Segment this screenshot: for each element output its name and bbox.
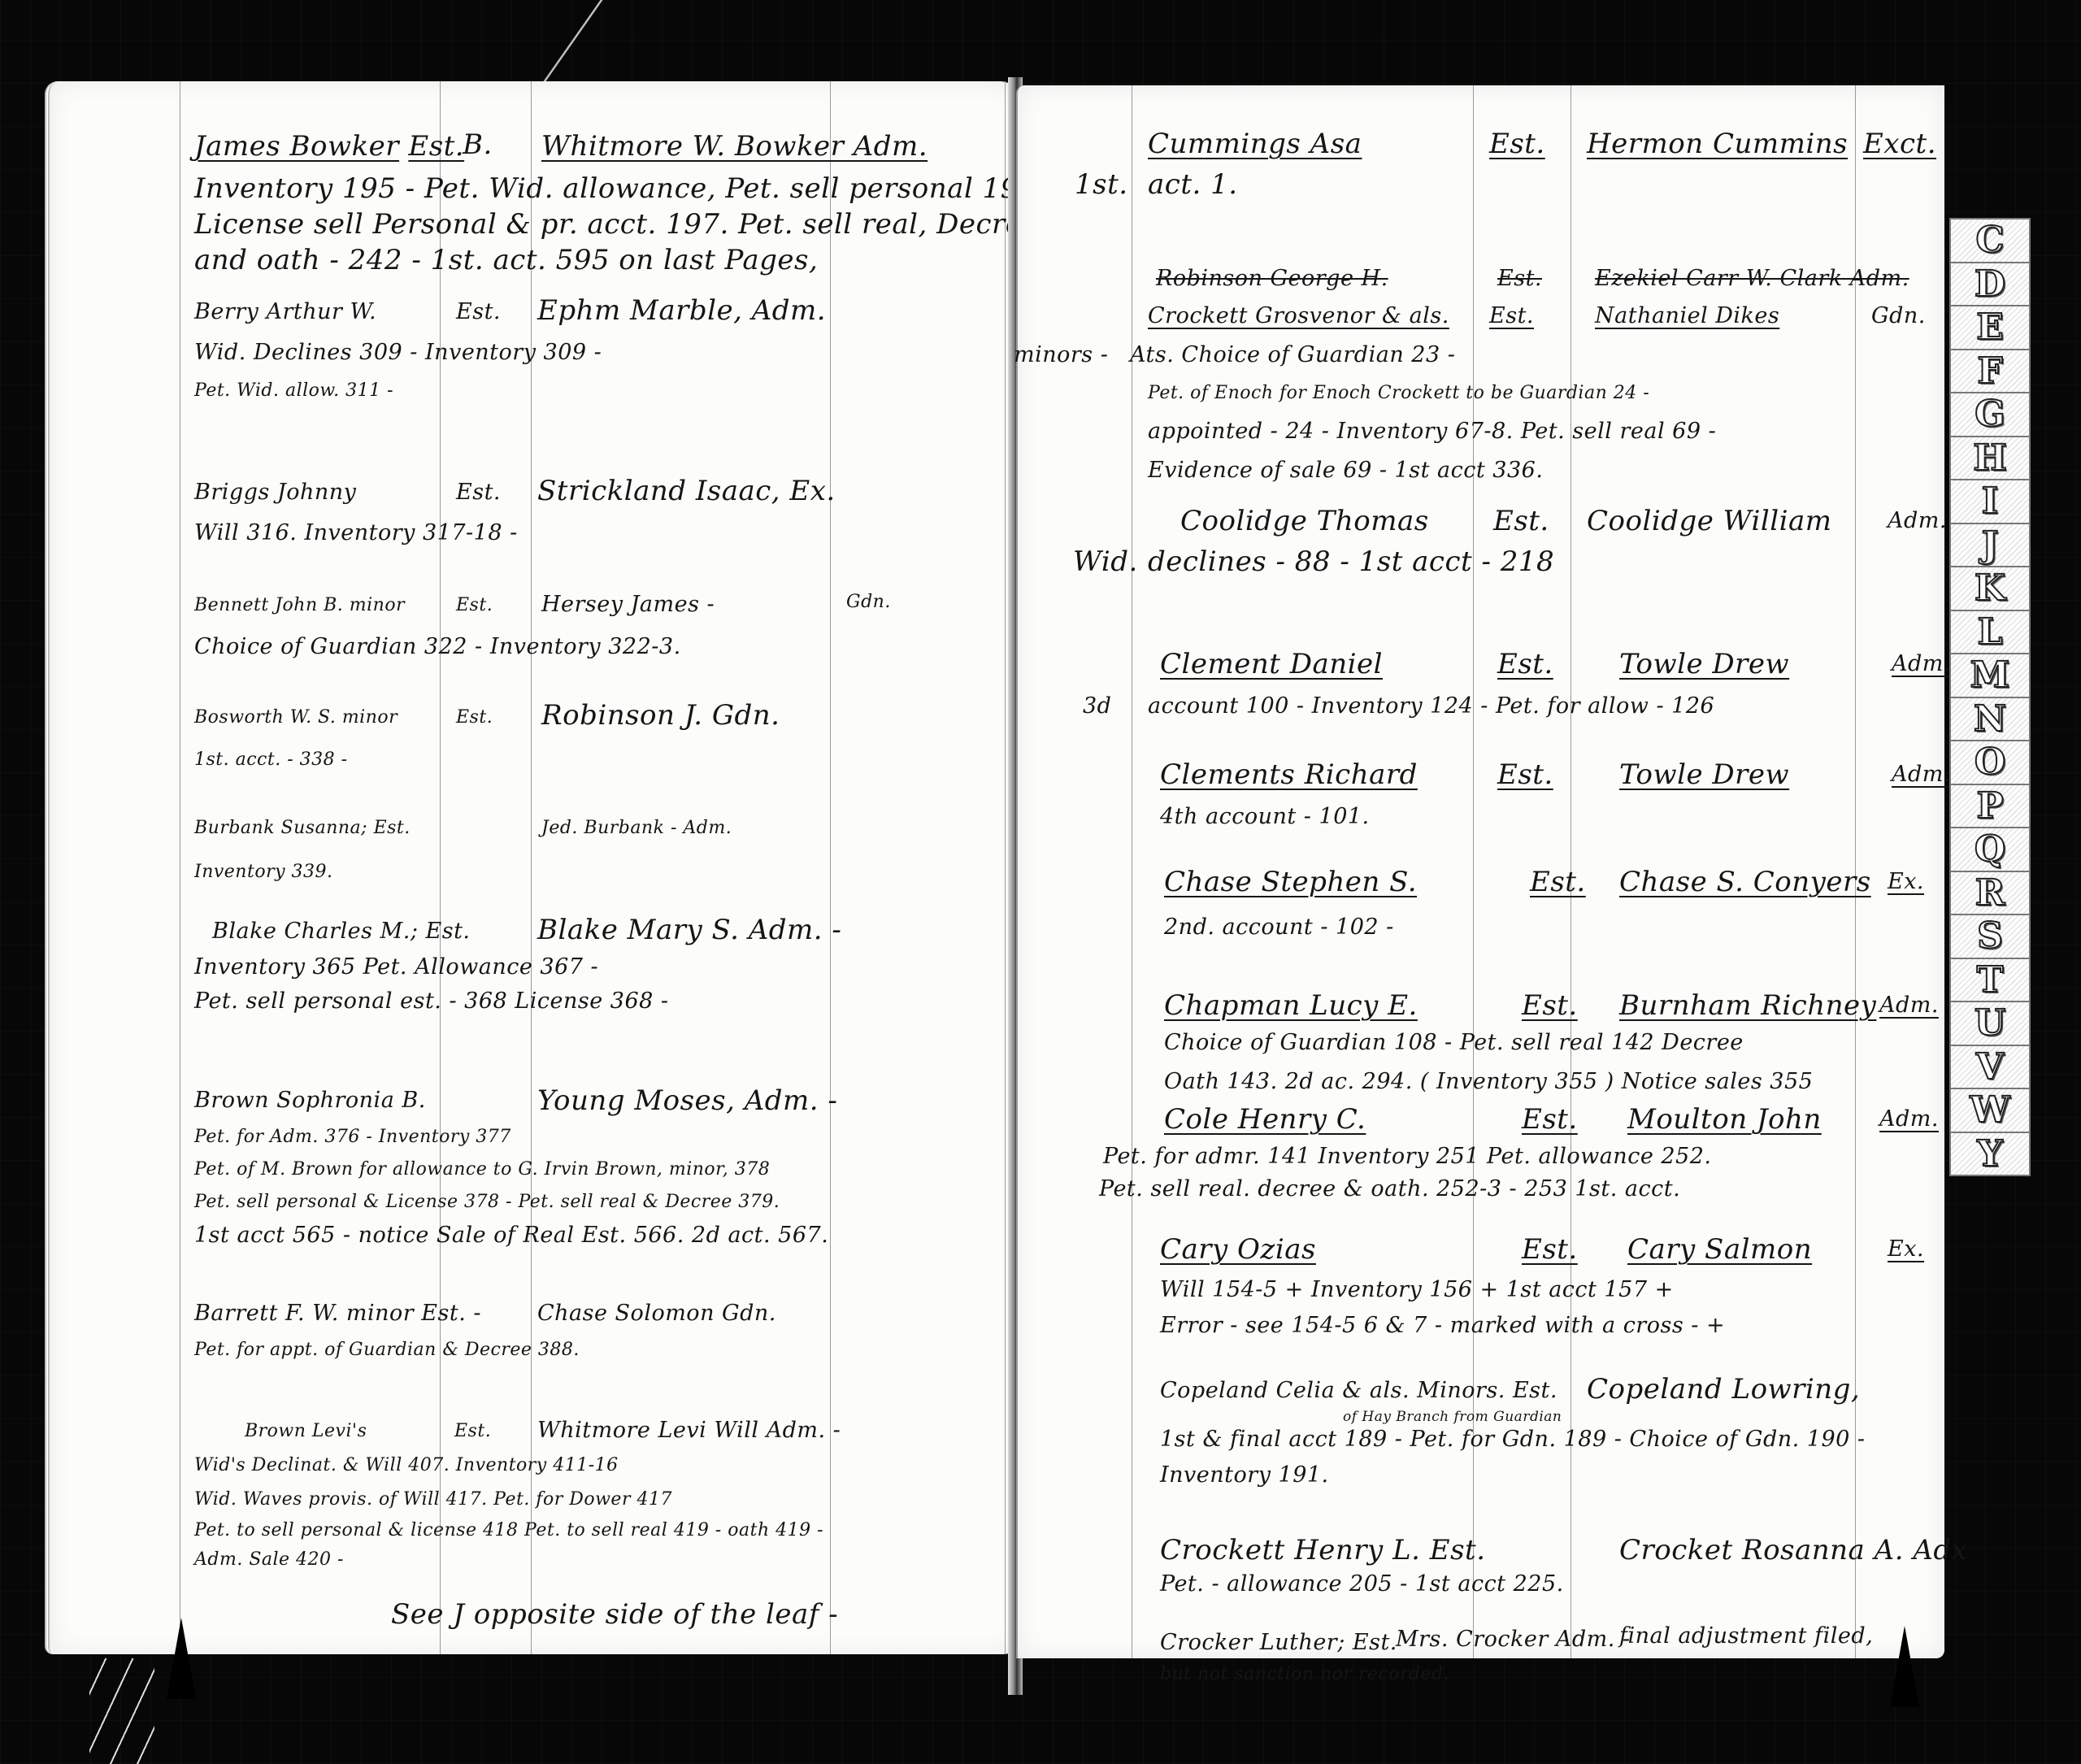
interlinear-note: of Hay Branch from Guardian	[1343, 1409, 1562, 1425]
entry-fiduciary: Jed. Burbank - Adm.	[541, 818, 732, 838]
column-rule	[531, 81, 532, 1654]
entry-line: Pet. sell personal & License 378 - Pet. …	[194, 1192, 780, 1212]
entry-fiduciary: Whitmore W. Bowker Adm.	[541, 130, 928, 163]
entry-line: License sell Personal & pr. acct. 197. P…	[194, 208, 1039, 241]
entry-role: Exct.	[1863, 128, 1936, 160]
entry-line: 1st acct 565 - notice Sale of Real Est. …	[194, 1223, 828, 1248]
entry-line: Pet. Wid. allow. 311 -	[194, 380, 393, 401]
entry-kind: Est.	[456, 707, 493, 728]
index-tab-w[interactable]: W	[1949, 1088, 2031, 1132]
entry-fiduciary: Blake Mary S. Adm. -	[537, 914, 841, 946]
struck-entry-kind: Est.	[1497, 266, 1542, 291]
entry-line: Error - see 154-5 6 & 7 - marked with a …	[1160, 1313, 1725, 1338]
entry-kind: Est.	[1489, 128, 1545, 160]
entry-fiduciary: Ephm Marble, Adm.	[537, 294, 826, 327]
entry-line: act. 1.	[1148, 168, 1238, 201]
entry-line: final adjustment filed,	[1619, 1623, 1873, 1649]
index-tab-e[interactable]: E	[1949, 305, 2031, 349]
entry-fiduciary: Cary Salmon	[1627, 1233, 1812, 1266]
entry-line: Pet. of Enoch for Enoch Crockett to be G…	[1148, 383, 1649, 403]
entry-name: Crockett Grosvenor & als.	[1148, 303, 1449, 328]
entry-line: Will 154-5 + Inventory 156 + 1st acct 15…	[1160, 1277, 1674, 1302]
column-rule	[1005, 81, 1006, 1654]
entry-line: Pet. - allowance 205 - 1st acct 225.	[1160, 1571, 1564, 1597]
entry-line: Evidence of sale 69 - 1st acct 336.	[1148, 458, 1543, 483]
index-tab-d[interactable]: D	[1949, 262, 2031, 306]
margin-note: 3d	[1083, 693, 1111, 719]
index-tab-j[interactable]: J	[1949, 523, 2031, 567]
column-rule	[1132, 85, 1132, 1658]
entry-kind: Est.	[456, 595, 493, 615]
entry-role: Gdn.	[1871, 303, 1926, 328]
entry-line: Pet. for appt. of Guardian & Decree 388.	[194, 1340, 580, 1360]
entry-fiduciary: Towle Drew	[1619, 648, 1789, 680]
index-tab-g[interactable]: G	[1949, 392, 2031, 436]
entry-line: Choice of Guardian 108 - Pet. sell real …	[1164, 1030, 1744, 1055]
entry-fiduciary: Crocket Rosanna A. Adx	[1619, 1534, 1967, 1566]
entry-line: Choice of Guardian 322 - Inventory 322-3…	[194, 634, 681, 659]
entry-kind: Est.	[1522, 989, 1578, 1022]
index-tab-m[interactable]: M	[1949, 653, 2031, 697]
entry-line: account 100 - Inventory 124 - Pet. for a…	[1148, 693, 1714, 719]
entry-role: Adm.	[1892, 651, 1951, 676]
entry-line: Pet. sell real. decree & oath. 252-3 - 2…	[1099, 1176, 1680, 1201]
entry-line: appointed - 24 - Inventory 67-8. Pet. se…	[1148, 419, 1716, 444]
entry-line: Inventory 365 Pet. Allowance 367 -	[194, 954, 598, 980]
entry-kind: Est.	[454, 1421, 491, 1441]
column-rule	[440, 81, 441, 1654]
entry-kind: Est.	[456, 480, 501, 505]
entry-line: declines - 88 - 1st acct - 218	[1148, 545, 1554, 578]
index-tab-i[interactable]: I	[1949, 479, 2031, 523]
left-page: James Bowker Est. B. Whitmore W. Bowker …	[45, 81, 1021, 1654]
entry-fiduciary: Hersey James -	[541, 592, 715, 617]
column-rule	[180, 81, 180, 1654]
entry-role: Gdn.	[846, 592, 891, 612]
entry-line: Pet. to sell personal & license 418 Pet.…	[194, 1520, 823, 1540]
page-corner-shadow	[167, 1618, 196, 1699]
entry-name: Bennett John B. minor	[194, 595, 405, 615]
entry-name: Berry Arthur W.	[194, 299, 376, 324]
entry-fiduciary: Towle Drew	[1619, 758, 1789, 791]
struck-entry-fiduciary: Ezekiel Carr W. Clark Adm.	[1595, 266, 1909, 291]
margin-note: Wid.	[1073, 545, 1138, 578]
entry-line: Pet. sell personal est. - 368 License 36…	[194, 988, 669, 1014]
entry-kind: Est.	[1493, 505, 1549, 537]
entry-line: Pet. for admr. 141 Inventory 251 Pet. al…	[1103, 1144, 1712, 1169]
index-tab-t[interactable]: T	[1949, 958, 2031, 1001]
entry-name: Clement Daniel	[1160, 648, 1383, 680]
entry-kind: Est.	[1497, 648, 1553, 680]
entry-fiduciary: Robinson J. Gdn.	[541, 699, 780, 732]
entry-name: Bosworth W. S. minor	[194, 707, 398, 728]
index-tab-y[interactable]: Y	[1949, 1132, 2031, 1177]
entry-role: Ex.	[1888, 1236, 1924, 1262]
footer-note: See J opposite side of the leaf -	[391, 1598, 838, 1631]
entry-line: Adm. Sale 420 -	[194, 1549, 344, 1570]
entry-fiduciary: Mrs. Crocker Adm. -	[1396, 1627, 1631, 1652]
page-corner-shadow	[1890, 1626, 1919, 1707]
entry-line: 4th account - 101.	[1160, 804, 1370, 829]
entry-line: Ats. Choice of Guardian 23 -	[1130, 342, 1455, 367]
index-tab-c[interactable]: C	[1949, 218, 2031, 262]
entry-name: Brown Levi's	[245, 1421, 367, 1441]
entry-role: Adm.	[1892, 762, 1951, 787]
film-scratch	[89, 1658, 154, 1764]
entry-name: Clements Richard	[1160, 758, 1418, 791]
entry-line: Oath 143. 2d ac. 294. ( Inventory 355 ) …	[1164, 1069, 1813, 1094]
entry-kind: Est.	[456, 299, 501, 324]
entry-name: Crocker Luther; Est.	[1160, 1630, 1397, 1655]
entry-kind: Est.	[1522, 1233, 1578, 1266]
entry-line: 1st. acct. - 338 -	[194, 749, 348, 770]
entry-fiduciary: Moulton John	[1627, 1103, 1822, 1136]
entry-fiduciary: Copeland Lowring,	[1587, 1373, 1860, 1406]
entry-name: Chapman Lucy E.	[1164, 989, 1418, 1022]
entry-fiduciary: Chase S. Conyers	[1619, 866, 1871, 898]
entry-name: Briggs Johnny	[194, 480, 356, 505]
entry-line: Inventory 195 - Pet. Wid. allowance, Pet…	[194, 172, 1036, 205]
entry-name: Crockett Henry L. Est.	[1160, 1534, 1486, 1566]
entry-fiduciary: Chase Solomon Gdn.	[537, 1301, 776, 1326]
entry-role: Adm.	[1879, 993, 1939, 1018]
index-tab-f[interactable]: F	[1949, 349, 2031, 393]
entry-fiduciary: Whitmore Levi Will Adm. -	[537, 1418, 841, 1443]
index-tab-l[interactable]: L	[1949, 610, 2031, 654]
entry-name: Blake Charles M.; Est.	[212, 919, 471, 944]
entry-name: Cummings Asa	[1148, 128, 1362, 160]
entry-fiduciary: Young Moses, Adm. -	[537, 1084, 837, 1117]
entry-line: Pet. for Adm. 376 - Inventory 377	[194, 1127, 511, 1147]
entry-fiduciary: Nathaniel Dikes	[1595, 303, 1779, 328]
entry-name: Barrett F. W. minor Est. -	[194, 1301, 481, 1326]
margin-note: minors -	[1014, 342, 1108, 367]
entry-name: Copeland Celia & als. Minors. Est.	[1160, 1378, 1557, 1403]
entry-line: Inventory 191.	[1160, 1462, 1329, 1488]
index-tab-p[interactable]: P	[1949, 784, 2031, 828]
entry-fiduciary: Hermon Cummins	[1587, 128, 1848, 160]
alphabet-index-tabs: CDEFGHIJKLMNOPQRSTUVWY	[1949, 218, 2031, 1176]
entry-line: Wid. Declines 309 - Inventory 309 -	[194, 340, 602, 365]
right-page: Cummings Asa Est. Hermon Cummins Exct. 1…	[1016, 85, 1944, 1658]
index-tab-k[interactable]: K	[1949, 566, 2031, 610]
entry-line: but not sanction nor recorded.	[1160, 1664, 1449, 1684]
entry-role: Adm.	[1879, 1106, 1939, 1132]
entry-kind: Est.	[1497, 758, 1553, 791]
entry-name: Brown Sophronia B.	[194, 1088, 426, 1113]
index-tab-h[interactable]: H	[1949, 436, 2031, 480]
margin-note: 1st.	[1075, 168, 1128, 201]
struck-entry-name: Robinson George H.	[1156, 266, 1388, 291]
entry-line: Will 316. Inventory 317-18 -	[194, 520, 518, 545]
entry-line: 1st & final acct 189 - Pet. for Gdn. 189…	[1160, 1427, 1866, 1452]
entry-name: Burbank Susanna; Est.	[194, 818, 411, 838]
entry-kind: Est.	[1530, 866, 1586, 898]
index-tab-o[interactable]: O	[1949, 740, 2031, 784]
entry-name: Coolidge Thomas	[1180, 505, 1429, 537]
index-tab-s[interactable]: S	[1949, 914, 2031, 958]
entry-fiduciary: Burnham Richney	[1619, 989, 1876, 1022]
entry-letter: B.	[463, 128, 493, 161]
entry-fiduciary: Strickland Isaac, Ex.	[537, 475, 836, 507]
index-tab-n[interactable]: N	[1949, 697, 2031, 741]
entry-line: 2nd. account - 102 -	[1164, 915, 1394, 940]
entry-line: Inventory 339.	[194, 862, 333, 882]
entry-fiduciary: Coolidge William	[1587, 505, 1832, 537]
entry-line: Pet. of M. Brown for allowance to G. Irv…	[194, 1159, 770, 1180]
entry-kind: Est.	[1522, 1103, 1578, 1136]
entry-name: Chase Stephen S.	[1164, 866, 1417, 898]
entry-line: Wid's Declinat. & Will 407. Inventory 41…	[194, 1455, 619, 1475]
entry-line: and oath - 242 - 1st. act. 595 on last P…	[194, 244, 818, 276]
entry-kind: Est.	[1489, 303, 1534, 328]
entry-name: Cary Ozias	[1160, 1233, 1316, 1266]
entry-name: Cole Henry C.	[1164, 1103, 1366, 1136]
entry-name: James Bowker Est.	[194, 130, 464, 163]
entry-role: Ex.	[1888, 869, 1924, 894]
index-tab-u[interactable]: U	[1949, 1001, 2031, 1045]
index-tab-q[interactable]: Q	[1949, 827, 2031, 871]
entry-role: Adm.	[1888, 508, 1947, 533]
entry-line: Wid. Waves provis. of Will 417. Pet. for…	[194, 1489, 672, 1510]
index-tab-r[interactable]: R	[1949, 871, 2031, 915]
index-tab-v[interactable]: V	[1949, 1045, 2031, 1088]
